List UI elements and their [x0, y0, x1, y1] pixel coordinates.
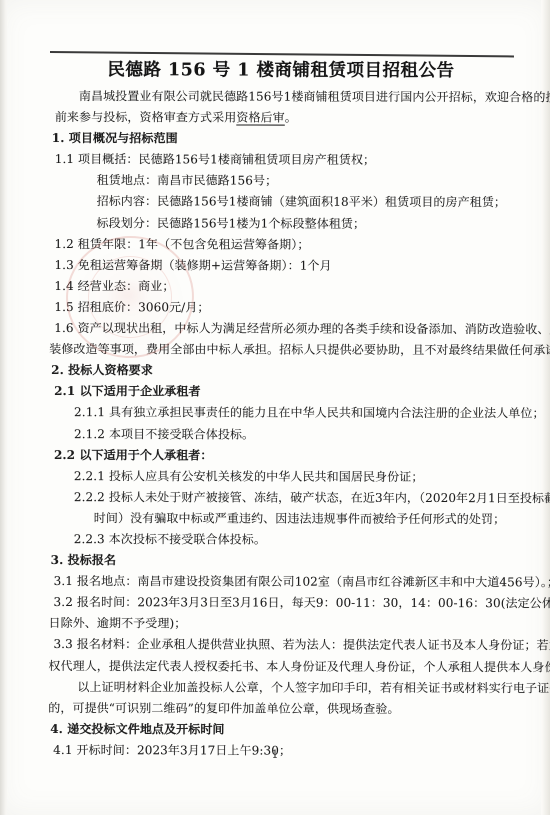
- page-title: 民德路 156 号 1 楼商铺租赁项目招租公告: [50, 56, 512, 82]
- document-body: 1. 项目概况与招标范围1.1 项目概括：民德路156号1楼商铺租赁项目房产租赁…: [48, 128, 512, 762]
- doc-line: 1.6 资产以现状出租，中标人为满足经营所必须办理的各类手续和设备添加、消防改造…: [49, 318, 511, 340]
- doc-line: 3.3 报名材料：企业承租人提供营业执照、若为法人：提供法定代表人证书及本人身份…: [48, 634, 510, 656]
- intro-line-2: 前来参与投标，资格审查方式采用资格后审。: [50, 107, 512, 129]
- doc-line: 2.1.1 具有独立承担民事责任的能力且在中华人民共和国境内合法注册的企业法人单…: [49, 402, 511, 424]
- section-heading: 2.2 以下适用于个人承租者：: [49, 445, 511, 467]
- intro-text-post: 。: [285, 111, 297, 125]
- doc-line: 2.2.2 投标人未处于财产被接管、冻结，破产状态，在近3年内，（2020年2月…: [49, 487, 511, 509]
- doc-line: 1.1 项目概括：民德路156号1楼商铺租赁项目房产租赁权；: [50, 149, 512, 171]
- section-heading: 2.1 以下适用于企业承租者: [49, 381, 511, 403]
- document-content: 民德路 156 号 1 楼商铺租赁项目招租公告 南昌城投置业有限公司就民德路15…: [48, 56, 512, 762]
- section-heading: 2. 投标人资格要求: [49, 360, 511, 382]
- doc-line: 3.2 报名时间：2023年3月3日至3月16日，每天9：00-11：30，14…: [49, 592, 511, 614]
- doc-line: 2.1.2 本项目不接受联合体投标。: [49, 423, 511, 445]
- doc-line: 招标内容：民德路156号1楼商铺（建筑面积18平米）租赁项目的房产租赁；: [50, 191, 512, 213]
- doc-line: 标段划分：民德路156号1楼为1个标段整体租赁；: [50, 213, 512, 235]
- doc-line: 1.4 经营业态：商业；: [49, 276, 511, 298]
- doc-line: 时间）没有骗取中标或严重违约、因违法违规事件而被给予任何形式的处罚；: [49, 508, 511, 530]
- doc-line: 1.3 免租运营筹备期（装修期+运营筹备期）：1个月: [49, 255, 511, 277]
- scan-edge-left: [0, 0, 7, 815]
- doc-line: 权代理人，提供法定代表人授权委托书、本人身份证及代理人身份证，个人承租人提供本人…: [48, 656, 510, 678]
- doc-line: 租赁地点：南昌市民德路156号；: [50, 170, 512, 192]
- doc-line: 1.5 招租底价：3060元/月；: [49, 297, 511, 319]
- doc-line: 的，可提供“可识别二维码”的复印件加盖单位公章，供现场查验。: [48, 698, 510, 720]
- doc-line: 以上证明材料企业加盖投标人公章，个人签字加印手印，若有相关证书或材料实行电子证件…: [48, 677, 510, 699]
- intro-text-pre: 前来参与投标，资格审查方式采用: [55, 110, 237, 124]
- underlined-term: 资格后审: [236, 111, 284, 125]
- section-heading: 4. 递交投标文件地点及开标时间: [48, 719, 510, 741]
- section-heading: 3. 投标报名: [49, 550, 511, 572]
- intro-line-1: 南昌城投置业有限公司就民德路156号1楼商铺租赁项目进行国内公开招标，欢迎合格的…: [50, 86, 512, 108]
- doc-line: 3.1 报名地点：南昌市建设投资集团有限公司102室（南昌市红谷滩新区丰和中大道…: [49, 571, 511, 593]
- document-page: 民德路 156 号 1 楼商铺租赁项目招租公告 南昌城投置业有限公司就民德路15…: [0, 0, 550, 815]
- doc-line: 装修改造等事项，费用全部由中标人承担。招标人只提供必要协助，且不对最终结果做任何…: [49, 339, 511, 361]
- page-number: 1: [0, 748, 550, 761]
- doc-line: 日除外、逾期不予受理)；: [48, 613, 510, 635]
- doc-line: 2.2.3 本次投标不接受联合体投标。: [49, 529, 511, 551]
- doc-line: 2.2.1 投标人应具有公安机关核发的中华人民共和国居民身份证；: [49, 466, 511, 488]
- section-heading: 1. 项目概况与招标范围: [50, 128, 512, 150]
- doc-line: 1.2 租赁年限：1年（不包含免租运营筹备期）；: [49, 234, 511, 256]
